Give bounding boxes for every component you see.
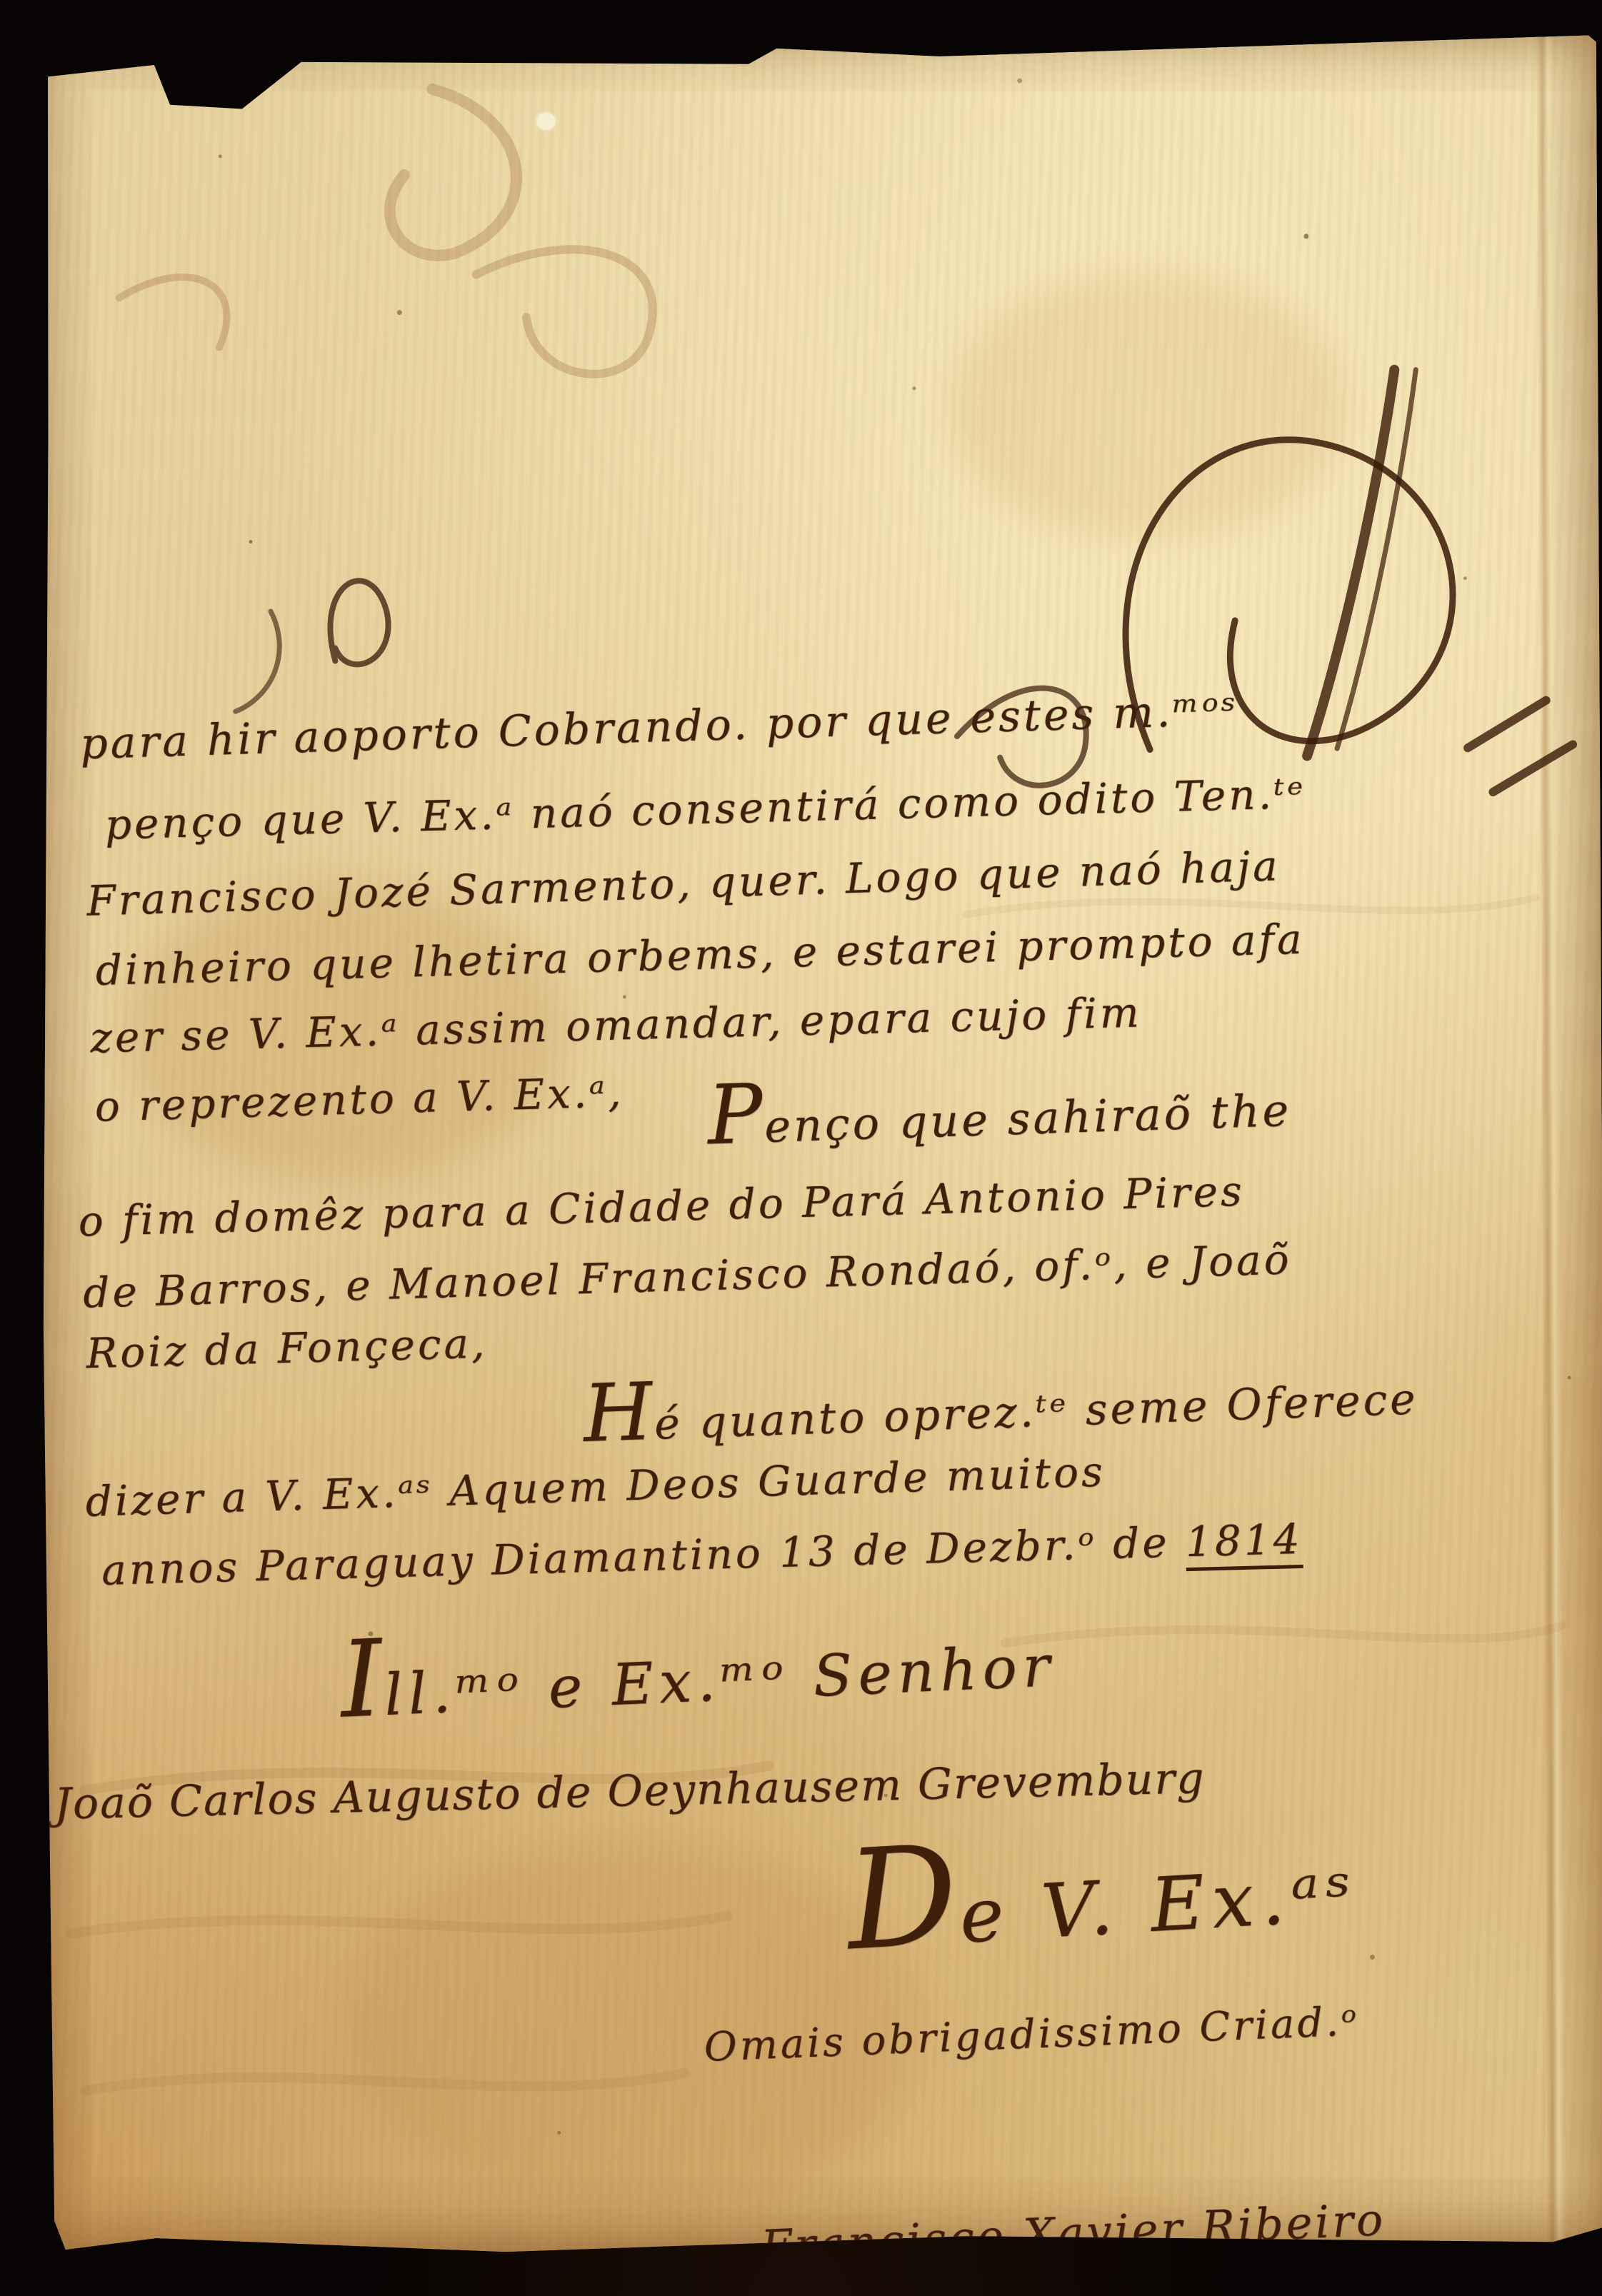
paper-fleck (536, 113, 555, 130)
photograph: para hir aoporto Cobrando. por que estes… (0, 0, 1602, 2296)
closing-courtesy: Omais obrigadissimo Criad.ᵒ (704, 1998, 1361, 2071)
letter-paper: para hir aoporto Cobrando. por que estes… (32, 33, 1602, 2258)
paper-crease (1536, 34, 1566, 2251)
letter-line: penço que V. Ex.ᵃ naó consentirá como od… (104, 769, 1307, 849)
paper-stain (948, 270, 1349, 543)
ink-specks (249, 540, 253, 543)
date-line-text: annos Paraguay Diamantino 13 de Dezbr.ᵒ … (101, 1518, 1186, 1595)
signature: Francisco Xavier Ribeiro (760, 2193, 1387, 2272)
letter-line: Hé quanto oprez.ᵗᵉ seme Oferece (583, 1365, 1419, 1452)
addressee-name: Joaõ Carlos Augusto de Oeynhausem Grevem… (54, 1753, 1206, 1830)
valediction: De V. Ex.ᵃˢ (845, 1835, 1361, 1966)
letter-line: Roiz da Fonçeca, (86, 1319, 489, 1378)
addressee-honorific: Ill.ᵐᵒ e Ex.ᵐᵒ Senhor (339, 1620, 1057, 1730)
letter-line: o reprezento a V. Ex.ᵃ, (94, 1068, 624, 1131)
letter-line: Francisco Jozé Sarmento, quer. Logo que … (86, 841, 1281, 926)
date-line: annos Paraguay Diamantino 13 de Dezbr.ᵒ … (101, 1515, 1303, 1595)
letter-line: de Barros, e Manoel Francisco Rondaó, of… (82, 1235, 1292, 1317)
letter-line: zer se V. Ex.ᵃ assim omandar, epara cujo… (90, 988, 1143, 1063)
letter-line: dinheiro que lhetira orbems, e estarei p… (95, 915, 1305, 995)
date-year-underlined: 1814 (1185, 1515, 1303, 1571)
letter-line: Penço que sahiraõ the (707, 1076, 1293, 1155)
letter-line: para hir aoporto Cobrando. por que estes… (79, 685, 1239, 769)
letter-line: o fim domêz para a Cidade do Pará Antoni… (78, 1167, 1246, 1246)
